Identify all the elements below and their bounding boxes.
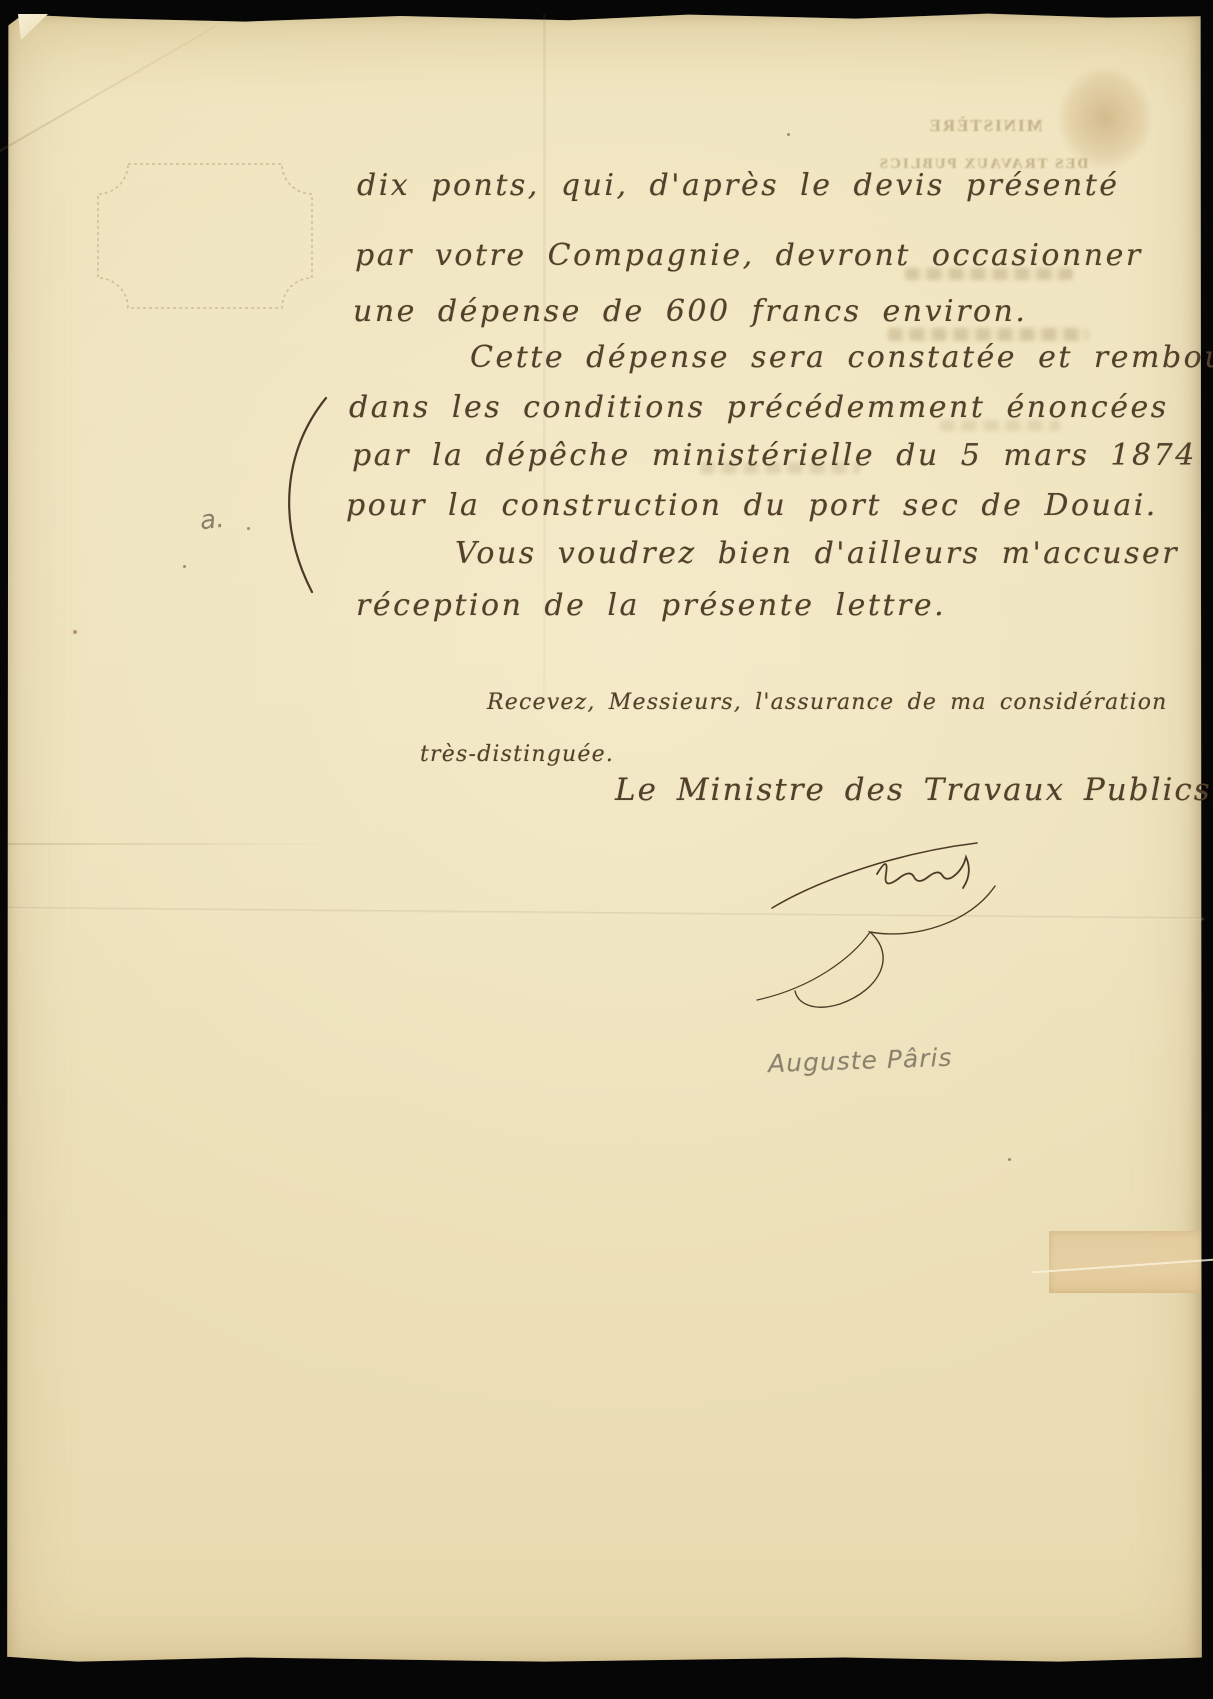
closing-line: Recevez, Messieurs, l'assurance de ma co… bbox=[487, 690, 1168, 715]
speck bbox=[247, 527, 250, 530]
speck bbox=[787, 133, 790, 136]
speck bbox=[183, 565, 186, 568]
speck bbox=[73, 630, 77, 634]
speck bbox=[1008, 1158, 1011, 1161]
scanned-letter-page: { "showthrough": { "line1": "MINISTÈRE",… bbox=[0, 0, 1213, 1699]
letter-line: par la dépêche ministérielle du 5 mars 1… bbox=[352, 438, 1197, 473]
tape-crease bbox=[1031, 1259, 1213, 1274]
letter-line: réception de la présente lettre. bbox=[356, 588, 946, 623]
margin-pencil-mark: a. bbox=[198, 504, 225, 536]
minister-signature bbox=[742, 828, 1042, 1028]
letter-line: dix ponts, qui, d'après le devis présent… bbox=[357, 168, 1120, 203]
margin-parenthesis bbox=[268, 392, 348, 607]
blind-stamp bbox=[94, 160, 316, 312]
closing-line: très-distinguée. bbox=[420, 742, 614, 767]
letter-line: Cette dépense sera constatée et rembours… bbox=[470, 340, 1213, 375]
tape-repair bbox=[1049, 1231, 1201, 1293]
letter-line: par votre Compagnie, devront occasionner bbox=[355, 238, 1143, 273]
letter-line: une dépense de 600 francs environ. bbox=[353, 294, 1027, 329]
letter-line: dans les conditions précédemment énoncée… bbox=[349, 390, 1169, 425]
letter-line: pour la construction du port sec de Doua… bbox=[346, 488, 1158, 523]
showthrough-ministere: MINISTÈRE bbox=[905, 116, 1065, 136]
signoff-title: Le Ministre des Travaux Publics, bbox=[615, 772, 1213, 808]
letter-line: Vous voudrez bien d'ailleurs m'accuser bbox=[455, 536, 1179, 571]
